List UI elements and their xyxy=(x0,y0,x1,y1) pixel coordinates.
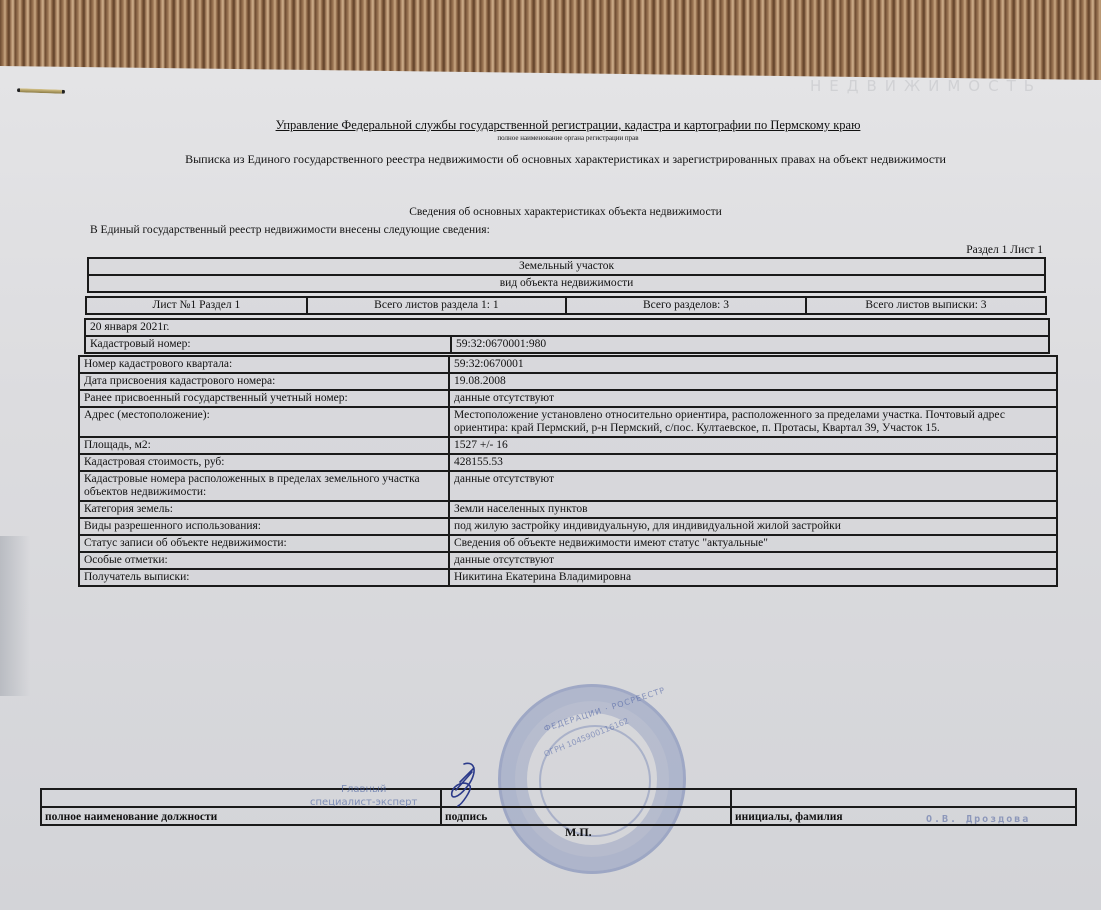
characteristics-table: Номер кадастрового квартала:59:32:067000… xyxy=(78,355,1058,587)
table-row: Кадастровая стоимость, руб:428155.53 xyxy=(79,454,1057,471)
table-row: Категория земель:Земли населенных пункто… xyxy=(79,501,1057,518)
row-label: Номер кадастрового квартала: xyxy=(79,356,449,373)
table-row: Виды разрешенного использования:под жилу… xyxy=(79,518,1057,535)
watermark-text: НЕДВИЖИМОСТЬ xyxy=(810,77,1042,95)
date-cadastral-table: 20 января 2021г. Кадастровый номер: 59:3… xyxy=(84,318,1050,354)
row-value: Местоположение установлено относительно … xyxy=(449,407,1057,437)
row-label: Особые отметки: xyxy=(79,552,449,569)
row-label: Дата присвоения кадастрового номера: xyxy=(79,373,449,390)
cadastral-number-value: 59:32:0670001:980 xyxy=(451,336,1049,353)
official-seal: ФЕДЕРАЦИИ · РОСРЕЕСТР ОГРН 1045900116162 xyxy=(498,684,686,874)
wooden-table-background xyxy=(0,0,1101,80)
intro-text: В Единый государственный реестр недвижим… xyxy=(90,224,490,236)
sheet-section-cell: Лист №1 Раздел 1 xyxy=(86,297,307,314)
sheet-reference: Раздел 1 Лист 1 xyxy=(966,244,1043,256)
handwritten-signature-icon xyxy=(444,760,484,808)
object-type: Земельный участок xyxy=(88,258,1045,275)
registration-authority-caption: полное наименование органа регистрации п… xyxy=(0,134,1101,142)
sheet-info-table: Лист №1 Раздел 1 Всего листов раздела 1:… xyxy=(85,296,1047,315)
row-value: Никитина Екатерина Владимировна xyxy=(449,569,1057,586)
table-row: Номер кадастрового квартала:59:32:067000… xyxy=(79,356,1057,373)
row-label: Статус записи об объекте недвижимости: xyxy=(79,535,449,552)
row-value: данные отсутствуют xyxy=(449,471,1057,501)
object-type-table: Земельный участок вид объекта недвижимос… xyxy=(87,257,1046,293)
row-value: данные отсутствуют xyxy=(449,390,1057,407)
table-row: Кадастровые номера расположенных в преде… xyxy=(79,471,1057,501)
table-row: Адрес (местоположение):Местоположение ус… xyxy=(79,407,1057,437)
total-sheets-extract-cell: Всего листов выписки: 3 xyxy=(806,297,1046,314)
row-label: Категория земель: xyxy=(79,501,449,518)
row-value: 19.08.2008 xyxy=(449,373,1057,390)
row-label: Получатель выписки: xyxy=(79,569,449,586)
row-value: под жилую застройку индивидуальную, для … xyxy=(449,518,1057,535)
signature-table: полное наименование должности подпись ин… xyxy=(40,788,1077,826)
paper-shadow xyxy=(0,536,30,696)
table-row: Получатель выписки:Никитина Екатерина Вл… xyxy=(79,569,1057,586)
table-row: Статус записи об объекте недвижимости:Св… xyxy=(79,535,1057,552)
table-row: Особые отметки:данные отсутствуют xyxy=(79,552,1057,569)
row-value: 1527 +/- 16 xyxy=(449,437,1057,454)
row-label: Кадастровая стоимость, руб: xyxy=(79,454,449,471)
section-title: Сведения об основных характеристиках объ… xyxy=(0,206,1101,218)
extract-date: 20 января 2021г. xyxy=(85,319,1049,336)
stamped-name: О.В. Дроздова xyxy=(926,814,1030,825)
stamped-position-line1: Главный xyxy=(310,783,417,796)
row-value: 428155.53 xyxy=(449,454,1057,471)
row-label: Виды разрешенного использования: xyxy=(79,518,449,535)
row-value: Сведения об объекте недвижимости имеют с… xyxy=(449,535,1057,552)
seal-place-caption: М.П. xyxy=(565,825,592,840)
stamped-position-line2: специалист-эксперт xyxy=(310,796,417,809)
row-label: Ранее присвоенный государственный учетны… xyxy=(79,390,449,407)
document-title: Выписка из Единого государственного реес… xyxy=(0,152,1101,167)
stamped-position: Главный специалист-эксперт xyxy=(310,783,417,809)
registration-authority-name: Управление Федеральной службы государств… xyxy=(0,118,1101,133)
row-value: 59:32:0670001 xyxy=(449,356,1057,373)
table-row: Ранее присвоенный государственный учетны… xyxy=(79,390,1057,407)
signature-caption: подпись xyxy=(441,807,731,825)
table-row: Дата присвоения кадастрового номера:19.0… xyxy=(79,373,1057,390)
cadastral-number-label: Кадастровый номер: xyxy=(85,336,451,353)
table-row: Площадь, м2:1527 +/- 16 xyxy=(79,437,1057,454)
row-label: Площадь, м2: xyxy=(79,437,449,454)
position-caption: полное наименование должности xyxy=(41,807,441,825)
row-label: Адрес (местоположение): xyxy=(79,407,449,437)
object-type-caption: вид объекта недвижимости xyxy=(88,275,1045,292)
row-value: данные отсутствуют xyxy=(449,552,1057,569)
total-sheets-section-cell: Всего листов раздела 1: 1 xyxy=(307,297,566,314)
row-label: Кадастровые номера расположенных в преде… xyxy=(79,471,449,501)
total-sections-cell: Всего разделов: 3 xyxy=(566,297,806,314)
row-value: Земли населенных пунктов xyxy=(449,501,1057,518)
